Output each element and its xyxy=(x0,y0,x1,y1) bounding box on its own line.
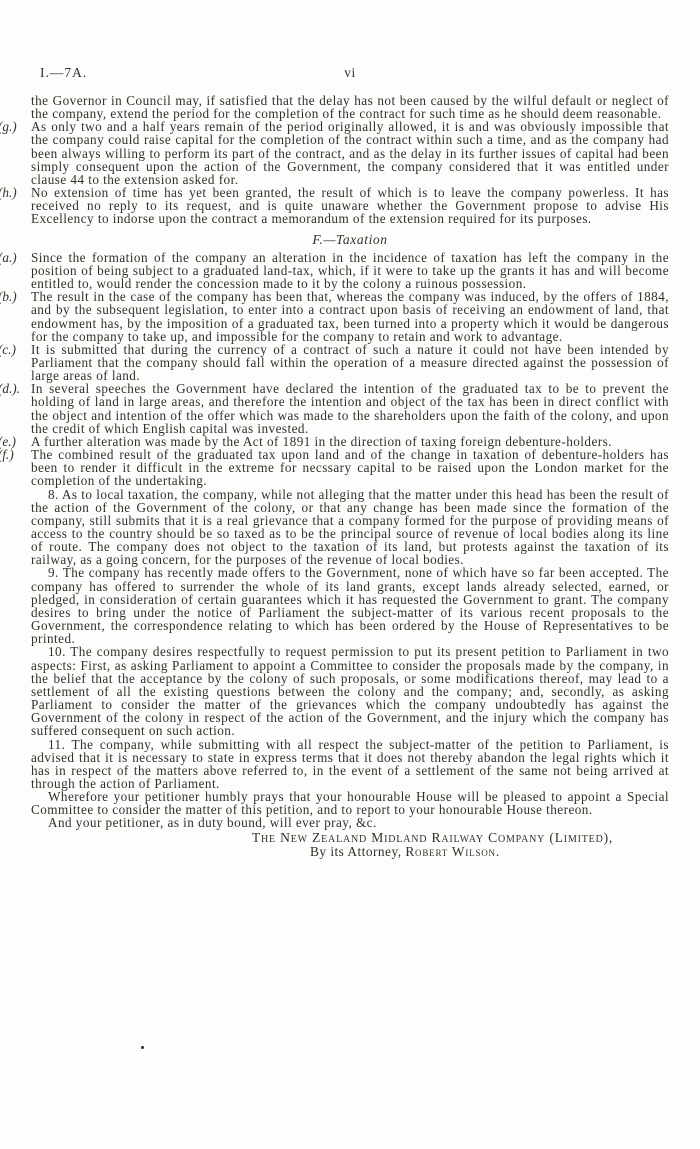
petition-body: the Governor in Council may, if satisfie… xyxy=(31,94,669,858)
petition-item-a: (a.) Since the formation of the company … xyxy=(31,251,669,290)
item-marker-h: (h.) xyxy=(0,186,17,199)
item-marker-a: (a.) xyxy=(0,251,17,264)
item-marker-b: (b.) xyxy=(0,290,17,303)
petition-item-f: (f.) The combined result of the graduate… xyxy=(31,448,669,487)
item-marker-f: (f.) xyxy=(0,448,14,461)
item-text-c: It is submitted that during the currency… xyxy=(31,342,669,383)
petition-item-d: (d.). In several speeches the Government… xyxy=(31,382,669,435)
item-text-b: The result in the case of the company ha… xyxy=(31,289,669,343)
paragraph-10-text: The company desires respectfully to requ… xyxy=(31,644,669,738)
section-heading-taxation: F.—Taxation xyxy=(31,233,669,246)
continuation-paragraph: the Governor in Council may, if satisfie… xyxy=(31,94,669,120)
document-page: I.—7A. vi the Governor in Council may, i… xyxy=(0,0,700,1149)
item-text-h: No extension of time has yet been grante… xyxy=(31,185,669,226)
signature-attorney-name: Robert Wilson. xyxy=(405,844,500,859)
ink-speck xyxy=(141,1046,144,1049)
item-text-g: As only two and a half years remain of t… xyxy=(31,119,669,187)
closing-prayer: Wherefore your petitioner humbly prays t… xyxy=(31,790,669,816)
page-header: I.—7A. vi xyxy=(31,66,669,82)
signature-attorney-prefix: By its Attorney, xyxy=(310,844,405,859)
paragraph-8-text: As to local taxation, the company, while… xyxy=(31,487,669,568)
petition-item-b: (b.) The result in the case of the compa… xyxy=(31,290,669,343)
item-text-a: Since the formation of the company an al… xyxy=(31,250,669,291)
petition-item-h: (h.) No extension of time has yet been g… xyxy=(31,186,669,225)
paragraph-11-text: The company, while submitting with all r… xyxy=(31,737,669,791)
item-text-f: The combined result of the graduated tax… xyxy=(31,447,669,488)
item-marker-d: (d.). xyxy=(0,382,20,395)
paragraph-9-text: The company has recently made offers to … xyxy=(31,565,669,646)
item-marker-g: (g.) xyxy=(0,120,17,133)
closing-ever-pray: And your petitioner, as in duty bound, w… xyxy=(31,816,669,829)
petition-item-g: (g.) As only two and a half years remain… xyxy=(31,120,669,186)
paragraph-11: 11. The company, while submitting with a… xyxy=(31,738,669,791)
signature-company: The New Zealand Midland Railway Company … xyxy=(196,831,669,844)
item-text-d: In several speeches the Government have … xyxy=(31,381,669,435)
page-content: I.—7A. vi the Governor in Council may, i… xyxy=(0,0,700,858)
page-number: vi xyxy=(31,66,669,79)
item-marker-c: (c.) xyxy=(0,343,16,356)
paragraph-9: 9. The company has recently made offers … xyxy=(31,566,669,645)
paragraph-10: 10. The company desires respectfully to … xyxy=(31,645,669,737)
petition-item-c: (c.) It is submitted that during the cur… xyxy=(31,343,669,382)
paragraph-8: 8. As to local taxation, the company, wh… xyxy=(31,488,669,567)
signature-attorney: By its Attorney, Robert Wilson. xyxy=(141,845,669,858)
